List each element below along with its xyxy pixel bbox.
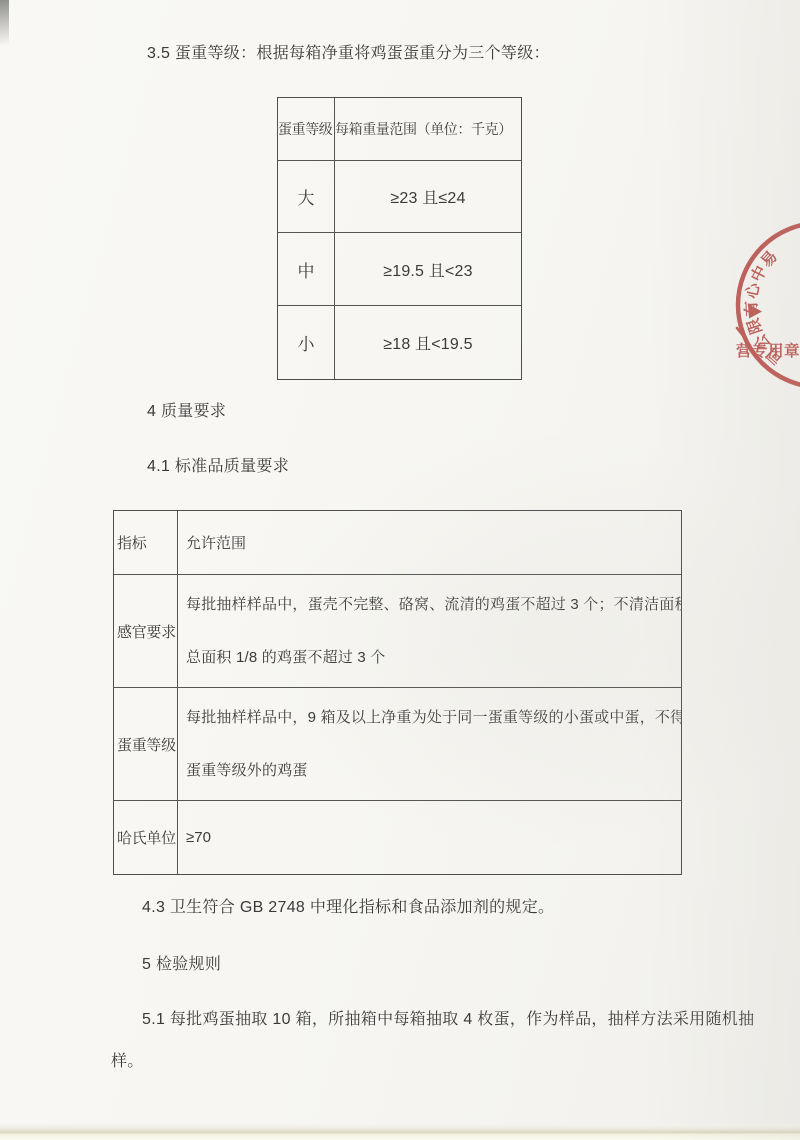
seal-bottom-text: 营专用章: [736, 341, 800, 360]
section-4-heading: 4 质量要求: [147, 402, 226, 422]
scanned-document-page: 3.5 蛋重等级：根据每箱净重将鸡蛋蛋重分为三个等级： 蛋重等级 每箱重量范围（…: [0, 0, 800, 1140]
table2-row-weightgrade-value: 每批抽样样品中，9 箱及以上净重为处于同一蛋重等级的小蛋或中蛋，不得检出 蛋重等…: [178, 688, 681, 801]
table1-row-medium-grade: 中: [278, 233, 335, 306]
table1-row-large-range: ≥23 且≤24: [335, 161, 521, 233]
table2-row-sensory-value: 每批抽样样品中，蛋壳不完整、硌窝、流清的鸡蛋不超过 3 个；不清洁面积超过 总面…: [178, 575, 681, 688]
scan-edge-artifact: [0, 0, 9, 58]
table2-header-range: 允许范围: [178, 511, 681, 575]
section-5-1-text-line2: 样。: [111, 1052, 144, 1072]
table1-row-large-grade: 大: [278, 161, 335, 233]
table2-row-haugh-label: 哈氏单位: [114, 801, 178, 874]
red-company-seal: 易 中 心 有 限 公 司 营专用章: [693, 212, 800, 402]
paper-bottom-edge: [0, 1124, 800, 1140]
weight-grade-requirement-line2: 蛋重等级外的鸡蛋: [186, 763, 308, 778]
weight-grade-requirement-line1: 每批抽样样品中，9 箱及以上净重为处于同一蛋重等级的小蛋或中蛋，不得检出: [186, 710, 681, 725]
table1-header-range: 每箱重量范围（单位：千克）: [335, 98, 521, 161]
section-5-1-text-line1: 5.1 每批鸡蛋抽取 10 箱，所抽箱中每箱抽取 4 枚蛋，作为样品，抽样方法采…: [142, 1010, 754, 1030]
egg-weight-grade-table: 蛋重等级 每箱重量范围（单位：千克） 大 ≥23 且≤24 中 ≥19.5 且<…: [277, 97, 522, 380]
section-4-1-heading: 4.1 标准品质量要求: [147, 457, 289, 477]
quality-requirements-table: 指标 允许范围 感官要求 每批抽样样品中，蛋壳不完整、硌窝、流清的鸡蛋不超过 3…: [113, 510, 682, 875]
section-4-3-text: 4.3 卫生符合 GB 2748 中理化指标和食品添加剂的规定。: [142, 898, 554, 918]
section-3-5-heading: 3.5 蛋重等级：根据每箱净重将鸡蛋蛋重分为三个等级：: [147, 44, 550, 64]
section-5-heading: 5 检验规则: [142, 955, 221, 975]
table2-row-sensory-label: 感官要求: [114, 575, 178, 688]
sensory-requirement-line1: 每批抽样样品中，蛋壳不完整、硌窝、流清的鸡蛋不超过 3 个；不清洁面积超过: [186, 597, 681, 612]
table1-row-small-grade: 小: [278, 306, 335, 379]
table1-header-grade: 蛋重等级: [278, 98, 335, 161]
table2-row-haugh-value: ≥70: [178, 801, 681, 874]
table1-row-small-range: ≥18 且<19.5: [335, 306, 521, 379]
table2-header-indicator: 指标: [114, 511, 178, 575]
table2-row-weightgrade-label: 蛋重等级: [114, 688, 178, 801]
sensory-requirement-line2: 总面积 1/8 的鸡蛋不超过 3 个: [186, 650, 385, 665]
table1-row-medium-range: ≥19.5 且<23: [335, 233, 521, 306]
